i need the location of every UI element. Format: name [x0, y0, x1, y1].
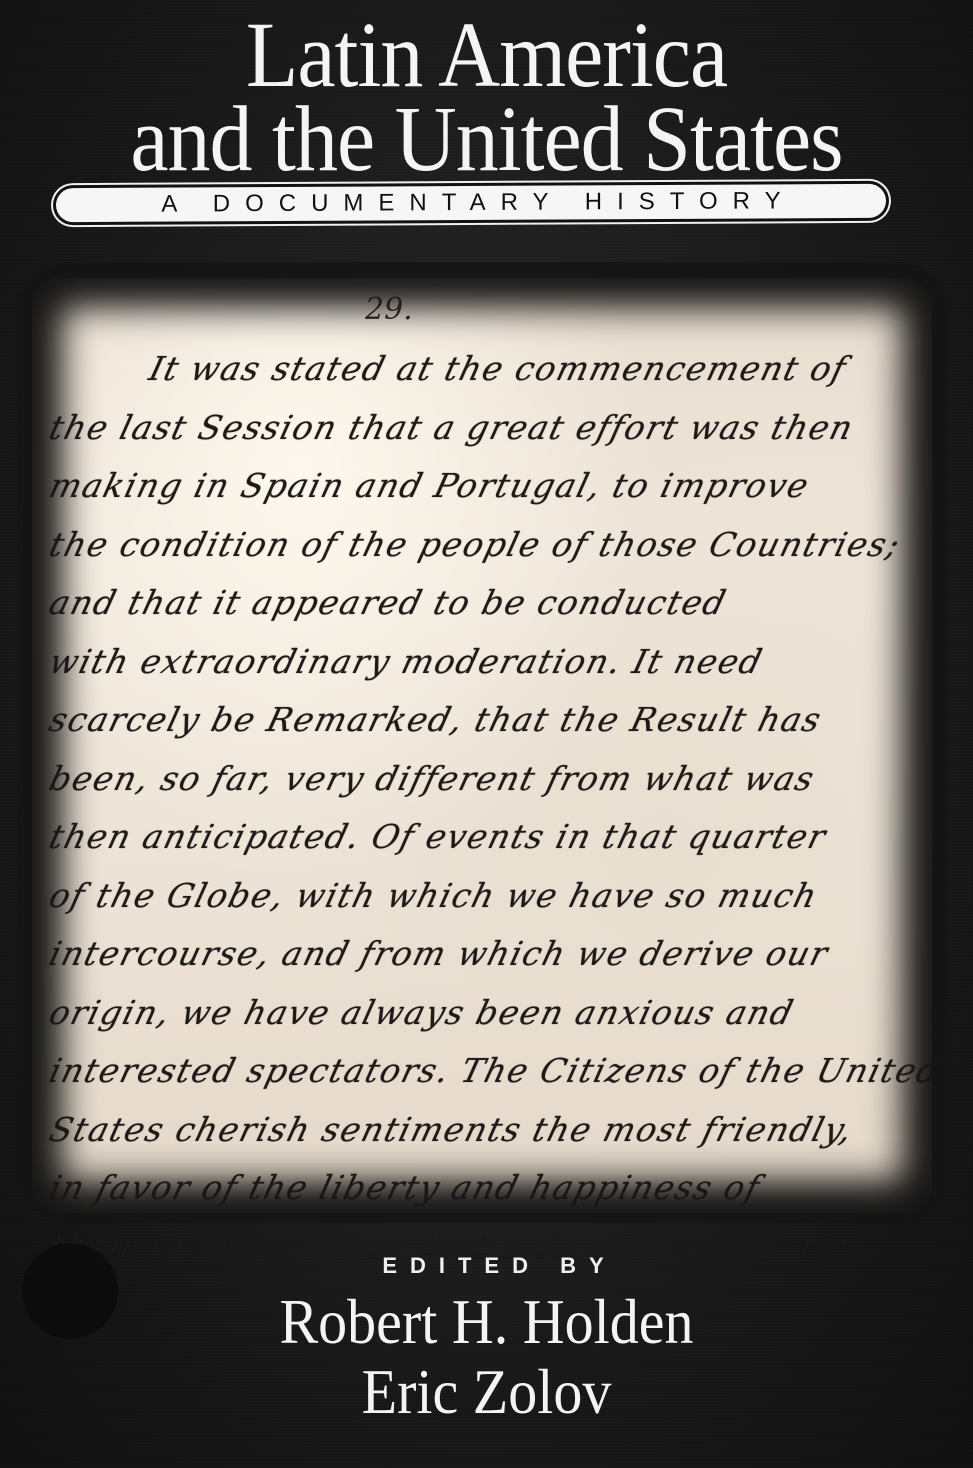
manuscript-line: the condition of the people of those Cou…: [43, 516, 918, 575]
manuscript-page-number: 29.: [365, 292, 413, 327]
manuscript-line: It was stated at the commencement of: [43, 340, 918, 399]
manuscript-line: with extraordinary moderation. It need: [43, 633, 918, 692]
manuscript-line: origin, we have always been anxious and: [43, 984, 918, 1043]
manuscript-line: interested spectators. The Citizens of t…: [43, 1042, 918, 1101]
editor-name: Robert H. Holden: [0, 1290, 973, 1354]
editor-name: Eric Zolov: [0, 1360, 973, 1424]
subtitle: A DOCUMENTARY HISTORY: [146, 187, 795, 218]
manuscript-line: been, so far, very different from what w…: [43, 750, 918, 809]
subtitle-banner: A DOCUMENTARY HISTORY: [56, 184, 886, 222]
manuscript-line: then anticipated. Of events in that quar…: [43, 808, 918, 867]
manuscript-line: and that it appeared to be conducted: [43, 574, 918, 633]
edited-by-label: EDITED BY: [0, 1253, 973, 1279]
manuscript-line: States cherish sentiments the most frien…: [43, 1101, 918, 1160]
manuscript-line: scarcely be Remarked, that the Result ha…: [43, 691, 918, 750]
manuscript-line: in favor of the liberty and happiness of: [43, 1159, 918, 1218]
title-line-2: and the United States: [0, 92, 973, 185]
book-cover: Latin America and the United States A DO…: [0, 0, 973, 1468]
manuscript-line: the last Session that a great effort was…: [43, 399, 918, 458]
manuscript-line: of the Globe, with which we have so much: [43, 867, 918, 926]
manuscript-line: intercourse, and from which we derive ou…: [43, 925, 918, 984]
manuscript-text: It was stated at the commencement of the…: [50, 340, 910, 1276]
manuscript-line: making in Spain and Portugal, to improve: [43, 457, 918, 516]
